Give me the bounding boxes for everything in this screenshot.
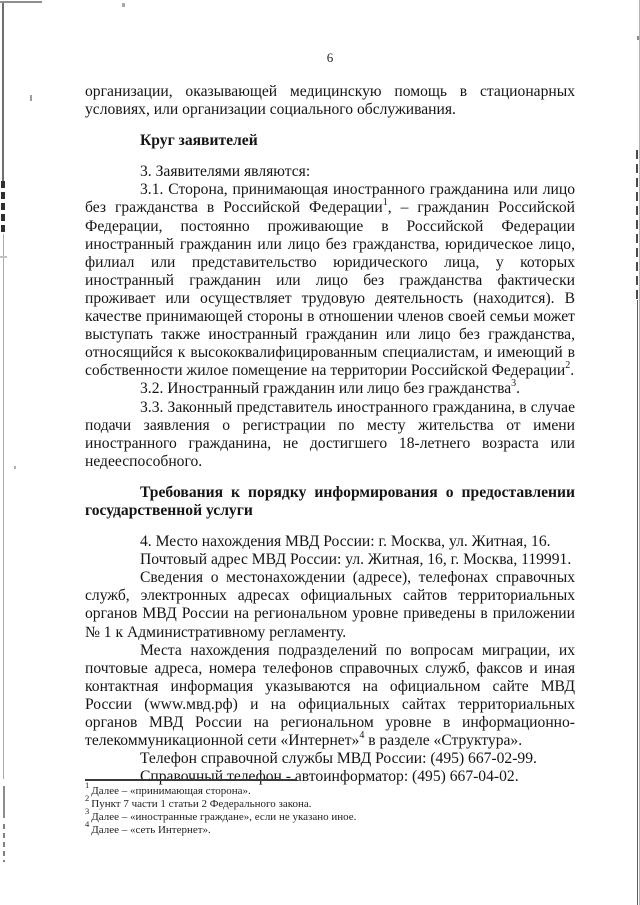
footnote: 4Далее – «сеть Интернет». xyxy=(85,824,575,837)
footnote: 3Далее – «иностранные граждане», если не… xyxy=(85,811,575,824)
footnote: 1Далее – «принимающая сторона». xyxy=(85,785,575,798)
footnote-marker: 1 xyxy=(85,780,89,790)
paragraph: 3. Заявителями являются: xyxy=(85,163,575,181)
scan-artifact-left-line-light xyxy=(3,234,4,779)
paragraph: 4. Место нахождения МВД России: г. Москв… xyxy=(85,533,575,551)
paragraph: 3.3. Законный представитель иностранного… xyxy=(85,399,575,471)
scan-artifact-right-tick xyxy=(637,36,639,40)
footnote: 2Пункт 7 части 1 статьи 2 Федерального з… xyxy=(85,798,575,811)
footnote-reference: 2 xyxy=(565,360,570,371)
paragraph: Почтовый адрес МВД России: ул. Житная, 1… xyxy=(85,551,575,569)
scan-artifact-right-line-dark xyxy=(637,300,638,905)
paragraph: организации, оказывающей медицинскую пом… xyxy=(85,83,575,119)
document-body: организации, оказывающей медицинскую пом… xyxy=(85,83,575,786)
footnote-list: 1Далее – «принимающая сторона».2Пункт 7 … xyxy=(85,785,575,837)
scan-artifact-left-dashes xyxy=(1,181,5,234)
footnote-marker: 3 xyxy=(85,806,89,816)
document-page: 6 организации, оказывающей медицинскую п… xyxy=(0,0,640,905)
scan-artifact-left-line-dark xyxy=(2,3,4,181)
footnote-reference: 4 xyxy=(359,730,364,741)
paragraph: Телефон справочной службы МВД России: (4… xyxy=(85,750,575,768)
paragraph: Сведения о местонахождении (адресе), тел… xyxy=(85,569,575,641)
footnotes-section: 1Далее – «принимающая сторона».2Пункт 7 … xyxy=(85,779,575,837)
footnote-reference: 3 xyxy=(511,378,516,389)
scan-artifact-dot xyxy=(14,466,16,469)
scan-artifact-small-mark xyxy=(30,95,32,101)
page-number: 6 xyxy=(85,50,575,66)
section-heading: Требования к порядку информирования о пр… xyxy=(85,484,575,520)
footnote-marker: 4 xyxy=(85,819,89,829)
scan-artifact-left-lower-dashes xyxy=(3,824,5,862)
scan-artifact-right-dashes xyxy=(636,150,638,300)
footnote-separator xyxy=(85,779,297,781)
paragraph: 3.2. Иностранный гражданин или лицо без … xyxy=(85,380,575,398)
scan-artifact-top-tick xyxy=(122,3,125,7)
footnote-marker: 2 xyxy=(85,793,89,803)
section-heading: Круг заявителей xyxy=(85,132,575,150)
scan-artifact-top-line xyxy=(0,1,42,3)
scan-artifact-left-tick xyxy=(0,256,7,258)
paragraph: 3.1. Сторона, принимающая иностранного г… xyxy=(85,181,575,380)
paragraph: Места нахождения подразделений по вопрос… xyxy=(85,642,575,751)
footnote-reference: 1 xyxy=(383,197,388,208)
scan-artifact-left-line-lower xyxy=(3,786,5,818)
